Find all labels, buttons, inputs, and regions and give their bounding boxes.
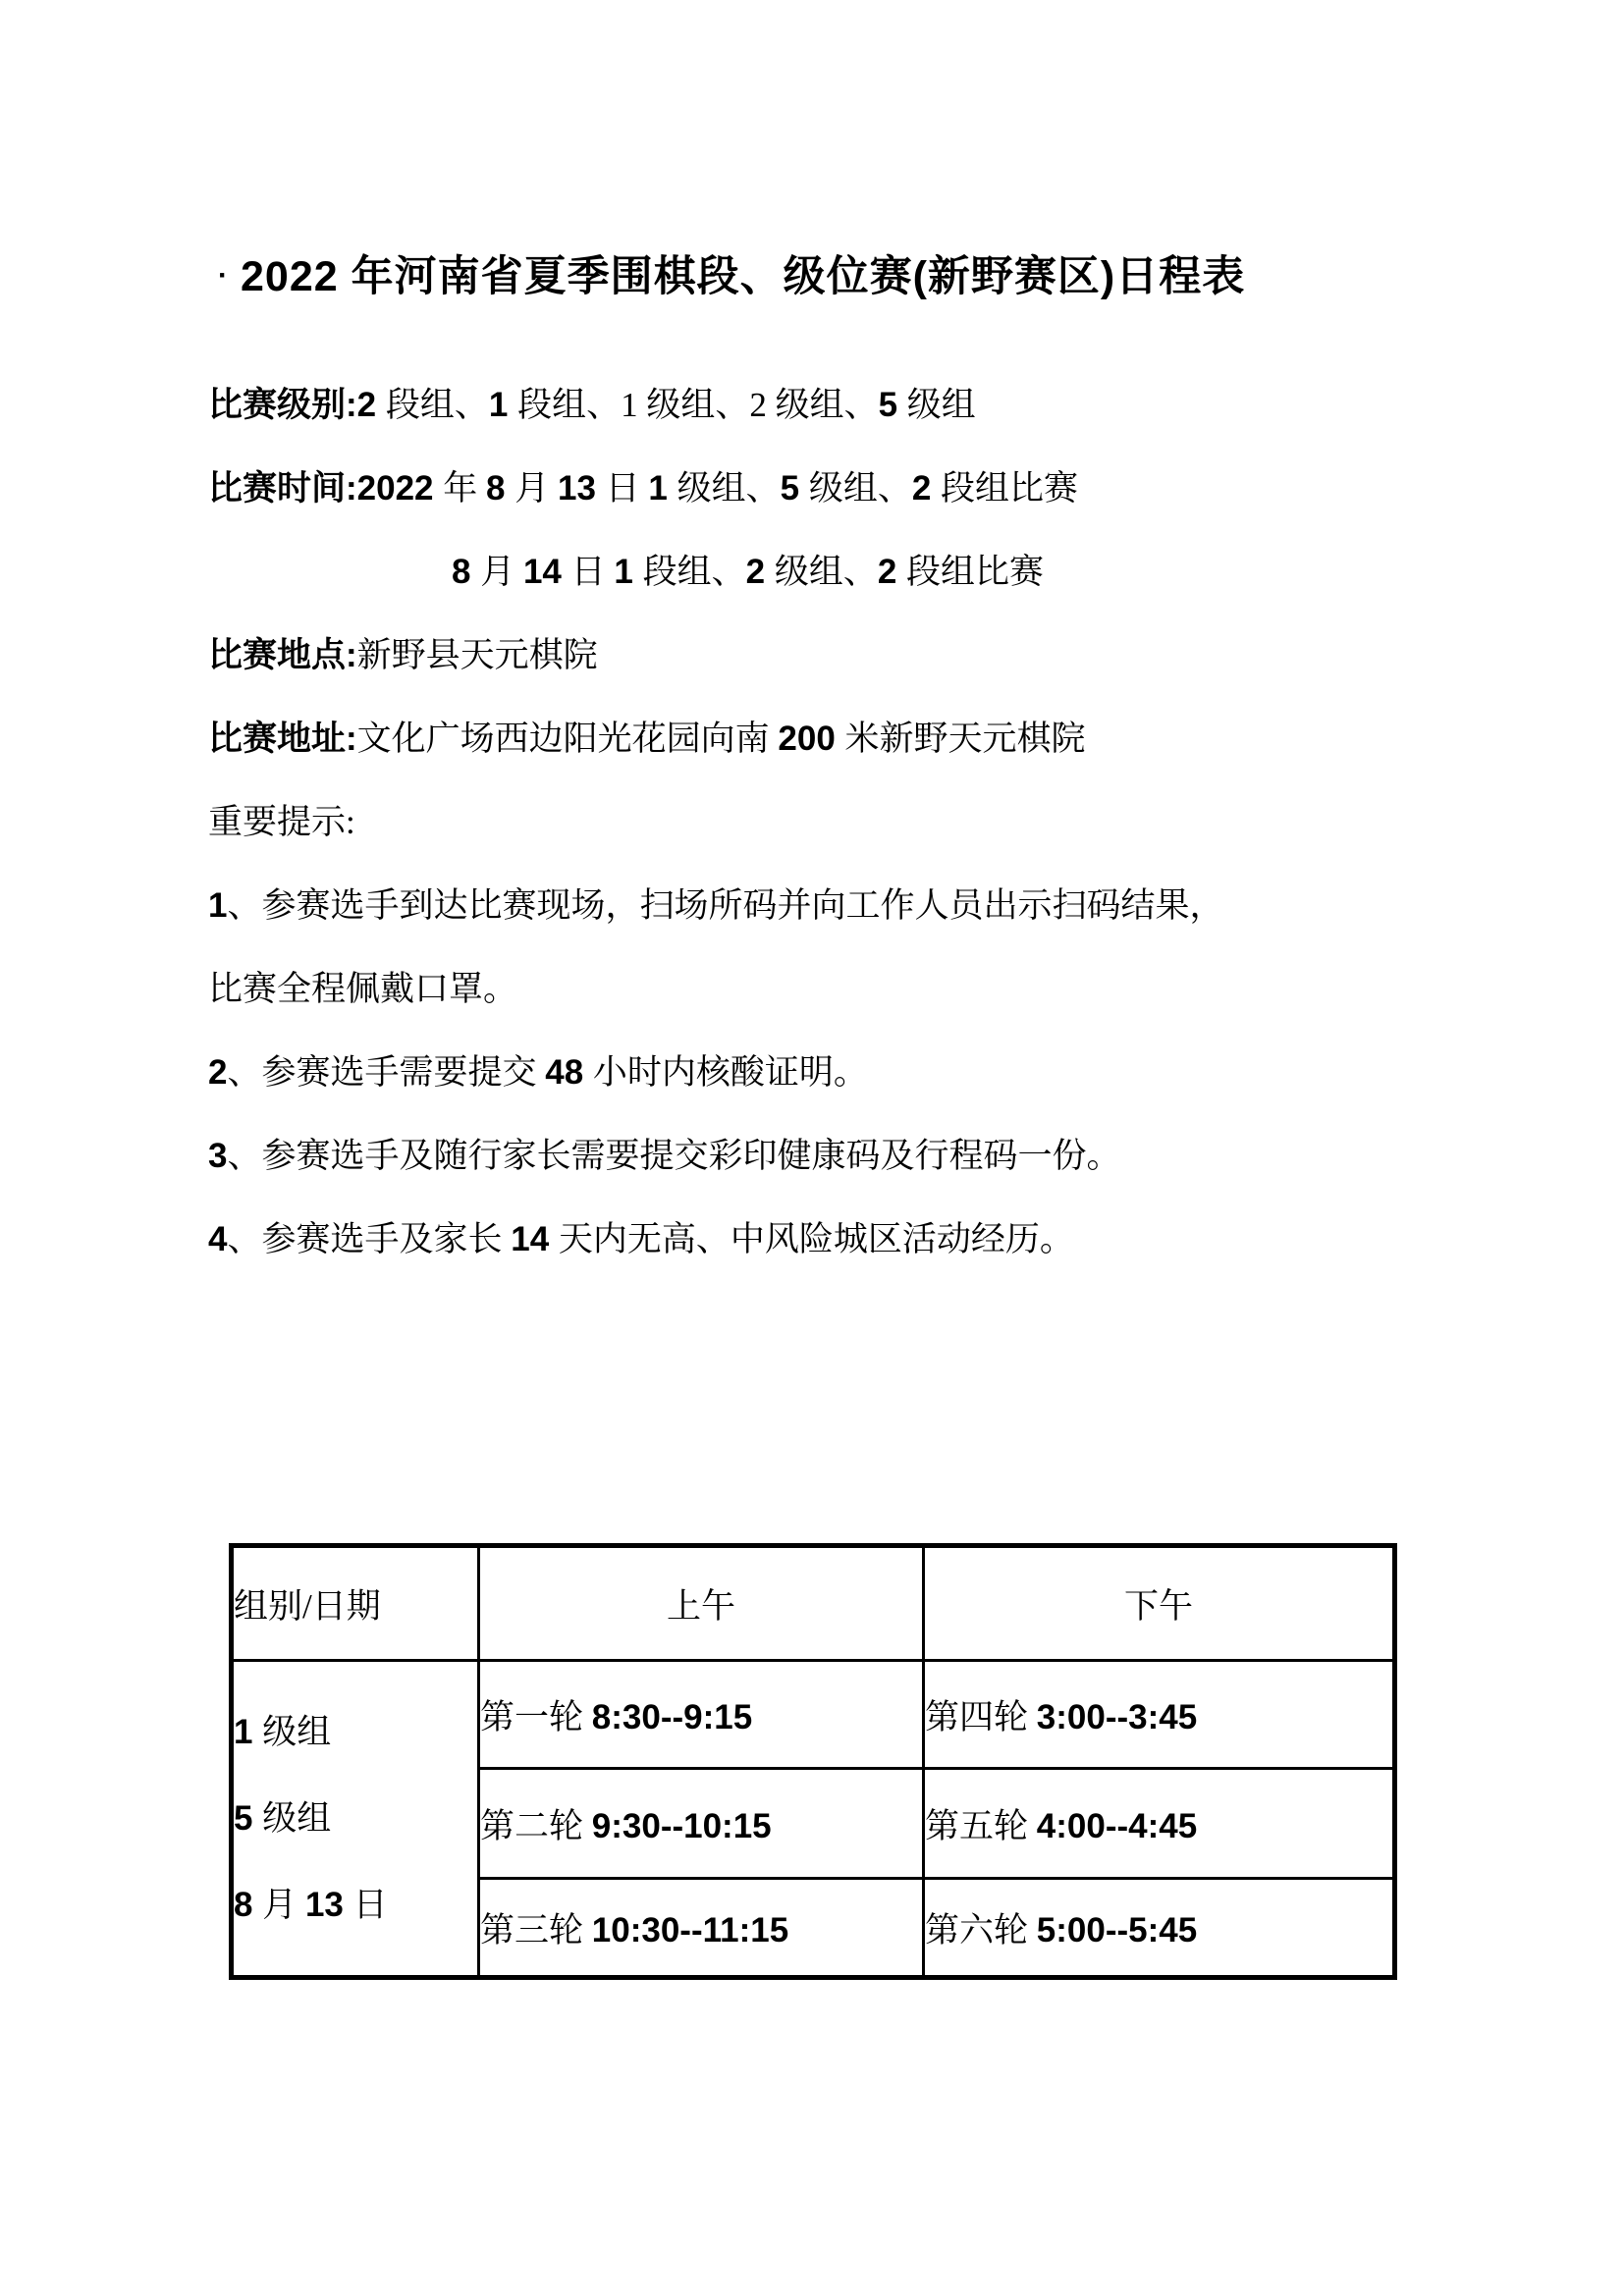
table-header-row: 组别/日期上午下午 (232, 1546, 1395, 1661)
text-segment: 4:00--4:45 (1037, 1807, 1197, 1845)
text-segment: 段组、1 级组、2 级组、 (517, 386, 879, 424)
text-segment: 8 (486, 469, 514, 507)
text-segment: 10:30--11:15 (592, 1911, 788, 1949)
text-segment: 月 (514, 469, 558, 507)
group-date-cell: 1 级组5 级组8 月 13 日 (232, 1661, 479, 1978)
paragraph-9: 2、参赛选手需要提交 48 小时内核酸证明。 (208, 1031, 1524, 1114)
text-segment: 1 (208, 886, 227, 925)
text-segment: 月 (480, 553, 523, 591)
text-segment: 2 (208, 1053, 227, 1092)
text-segment: 3:00--3:45 (1037, 1698, 1197, 1736)
text-segment: 米新野天元棋院 (845, 720, 1086, 758)
text-segment: 小时内核酸证明。 (593, 1053, 868, 1092)
document-title: ·2022 年河南省夏季围棋段、级位赛(新野赛区)日程表 (218, 243, 1245, 303)
text-segment: 9:30--10:15 (592, 1807, 772, 1845)
text-segment: 第二轮 (480, 1807, 592, 1845)
text-segment: 段组比赛 (941, 469, 1078, 507)
text-segment: 4 (208, 1220, 227, 1258)
text-segment: 、参赛选手需要提交 (227, 1053, 545, 1092)
title-bullet-icon: · (218, 259, 229, 292)
text-segment: 2 (878, 553, 906, 591)
text-segment: 比赛级别:2 (208, 386, 386, 424)
text-segment: 文化广场西边阳光花园向南 (357, 720, 779, 758)
text-segment: 13 (305, 1886, 353, 1924)
text-segment: 5 (234, 1799, 262, 1838)
text-segment: 1 (648, 469, 677, 507)
text-segment: 、参赛选手及随行家长需要提交彩印健康码及行程码一份。 (227, 1137, 1120, 1175)
morning-round-cell: 第三轮 10:30--11:15 (479, 1879, 924, 1978)
text-segment: 月 (262, 1886, 305, 1924)
document-body: 比赛级别:2 段组、1 段组、1 级组、2 级组、5 级组比赛时间:2022 年… (208, 363, 1524, 1281)
paragraph-3: 8 月 14 日 1 段组、2 级组、2 段组比赛 (208, 530, 1524, 614)
text-segment: 比赛时间:2022 (208, 469, 443, 507)
text-segment: 14 (511, 1220, 559, 1258)
morning-round-cell: 第一轮 8:30--9:15 (479, 1661, 924, 1769)
text-segment: 第三轮 (480, 1911, 592, 1949)
afternoon-round-cell: 第六轮 5:00--5:45 (924, 1879, 1395, 1978)
text-segment: 8 (452, 553, 480, 591)
header-morning: 上午 (479, 1546, 924, 1661)
paragraph-2: 比赛时间:2022 年 8 月 13 日 1 级组、5 级组、2 段组比赛 (208, 447, 1524, 530)
text-segment: 5:00--5:45 (1037, 1911, 1197, 1949)
text-segment: 比赛地点: (208, 636, 357, 674)
paragraph-11: 4、参赛选手及家长 14 天内无高、中风险城区活动经历。 (208, 1198, 1524, 1281)
text-segment: 、参赛选手到达比赛现场，扫场所码并向工作人员出示扫码结果， (227, 886, 1223, 925)
paragraph-4: 比赛地点:新野县天元棋院 (208, 614, 1524, 697)
title-text: 2022 年河南省夏季围棋段、级位赛(新野赛区)日程表 (241, 253, 1245, 300)
text-segment: 8:30--9:15 (592, 1698, 752, 1736)
group-date-line: 1 级组 (234, 1689, 477, 1776)
text-segment: 8 (234, 1886, 262, 1924)
table-row-1: 1 级组5 级组8 月 13 日第一轮 8:30--9:15第四轮 3:00--… (232, 1661, 1395, 1769)
document-page: ·2022 年河南省夏季围棋段、级位赛(新野赛区)日程表 比赛级别:2 段组、1… (0, 0, 1624, 2296)
text-segment: 、参赛选手及家长 (227, 1220, 511, 1258)
afternoon-round-cell: 第五轮 4:00--4:45 (924, 1769, 1395, 1879)
text-segment: 5 (879, 386, 907, 424)
paragraph-7: 1、参赛选手到达比赛现场，扫场所码并向工作人员出示扫码结果， (208, 864, 1524, 947)
text-segment: 14 (523, 553, 571, 591)
text-segment: 5 (781, 469, 809, 507)
text-segment: 级组、 (809, 469, 912, 507)
text-segment: 段组、 (643, 553, 746, 591)
text-segment: 1 (614, 553, 642, 591)
text-segment: 48 (545, 1053, 593, 1092)
text-segment: 200 (778, 720, 844, 758)
paragraph-8: 比赛全程佩戴口罩。 (208, 947, 1524, 1031)
morning-round-cell: 第二轮 9:30--10:15 (479, 1769, 924, 1879)
text-segment: 级组 (907, 386, 976, 424)
header-afternoon: 下午 (924, 1546, 1395, 1661)
paragraph-1: 比赛级别:2 段组、1 段组、1 级组、2 级组、5 级组 (208, 363, 1524, 447)
text-segment: 第四轮 (925, 1698, 1037, 1736)
group-date-line: 5 级组 (234, 1776, 477, 1862)
text-segment: 第六轮 (925, 1911, 1037, 1949)
paragraph-10: 3、参赛选手及随行家长需要提交彩印健康码及行程码一份。 (208, 1114, 1524, 1198)
group-date-line: 8 月 13 日 (234, 1862, 477, 1949)
text-segment: 1 (489, 386, 517, 424)
afternoon-round-cell: 第四轮 3:00--3:45 (924, 1661, 1395, 1769)
text-segment: 1 (234, 1713, 262, 1751)
schedule-table: 组别/日期上午下午1 级组5 级组8 月 13 日第一轮 8:30--9:15第… (229, 1543, 1397, 1980)
text-segment: 13 (558, 469, 606, 507)
text-segment: 段组比赛 (906, 553, 1044, 591)
text-segment: 第五轮 (925, 1807, 1037, 1845)
text-segment: 第一轮 (480, 1698, 592, 1736)
text-segment: 天内无高、中风险城区活动经历。 (559, 1220, 1074, 1258)
header-group-date: 组别/日期 (232, 1546, 479, 1661)
text-segment: 比赛全程佩戴口罩。 (208, 970, 517, 1008)
text-segment: 段组、 (386, 386, 489, 424)
paragraph-5: 比赛地址:文化广场西边阳光花园向南 200 米新野天元棋院 (208, 697, 1524, 780)
text-segment: 日 (353, 1886, 388, 1924)
text-segment: 级组 (262, 1799, 331, 1838)
text-segment: 级组、 (775, 553, 878, 591)
text-segment: 比赛地址: (208, 720, 357, 758)
text-segment: 级组、 (677, 469, 781, 507)
text-segment: 日 (571, 553, 615, 591)
text-segment: 日 (606, 469, 649, 507)
text-segment: 2 (912, 469, 941, 507)
schedule-table-wrap: 组别/日期上午下午1 级组5 级组8 月 13 日第一轮 8:30--9:15第… (229, 1543, 1397, 1980)
text-segment: 3 (208, 1137, 227, 1175)
text-segment: 重要提示: (208, 803, 355, 841)
text-segment: 年 (443, 469, 486, 507)
text-segment: 2 (746, 553, 775, 591)
text-segment: 新野县天元棋院 (357, 636, 598, 674)
text-segment: 级组 (262, 1713, 331, 1751)
paragraph-6: 重要提示: (208, 780, 1524, 864)
